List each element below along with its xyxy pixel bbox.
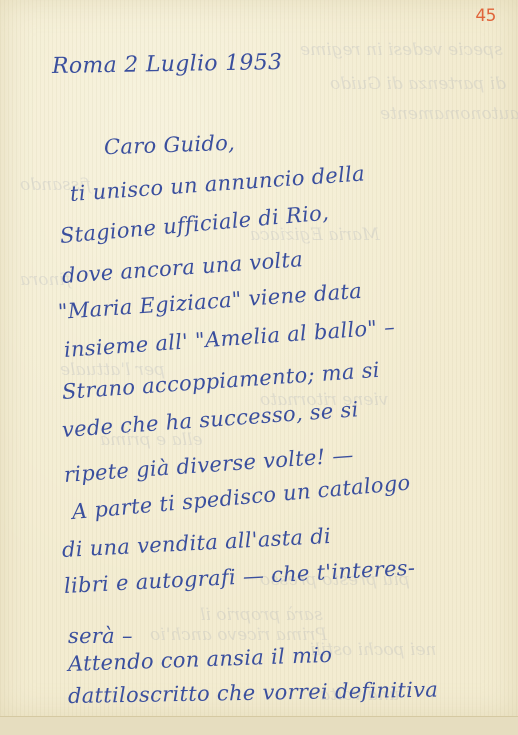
letter-line: ti unisco un annuncio della [69,161,365,206]
place-date: Roma 2 Luglio 1953 [52,50,283,79]
page-number: 45 [475,6,496,26]
letter-line: serà – [68,624,133,648]
letter-line: libri e autografi — che t'interes- [63,556,415,598]
bleed-through-text: di partenza di Guido [330,74,506,94]
salutation: Caro Guido, [104,131,236,160]
letter-line: insieme all' "Amelia al ballo" – [63,315,396,362]
bleed-through-text: specie vedesi in regime [300,40,503,60]
letter-line: "Maria Egiziaca" viene data [57,279,363,324]
bleed-through-text: sarà proprio il [200,605,323,625]
letter-page: specie vedesi in regime di partenza di G… [0,0,518,716]
letter-line: Strano accoppiamento; ma si [61,358,380,404]
letter-line: Stagione ufficiale di Rio, [59,201,330,248]
letter-line: vede che ha successo, se si [61,397,359,442]
letter-line: di una vendita all'asta di [61,524,331,562]
letter-line: dattiloscritto che vorrei definitiva [68,678,439,708]
bleed-through-text: autonomamente [380,104,518,124]
letter-line: dove ancora una volta [61,247,304,288]
page-bottom-margin [0,716,518,735]
bleed-through-text: Prima ricevo anch'io [150,625,327,645]
